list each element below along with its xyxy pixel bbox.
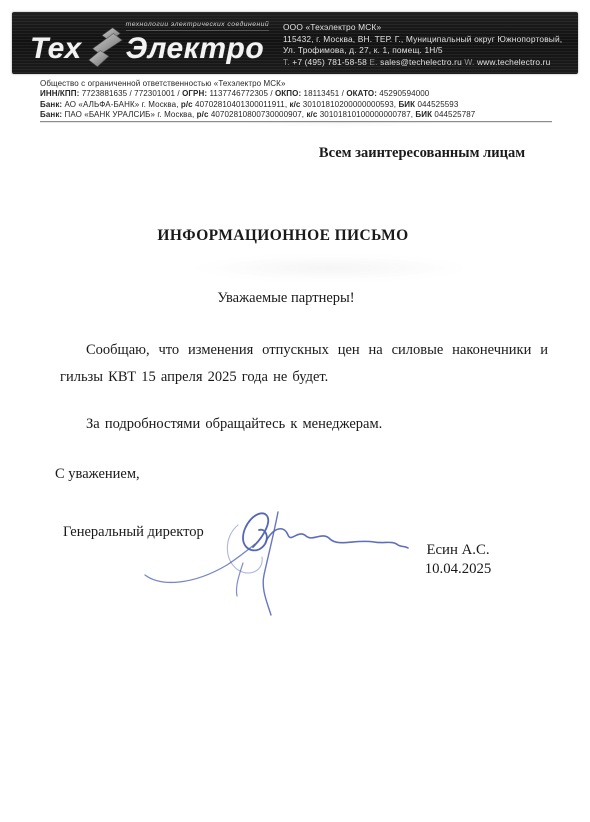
scan-artifact <box>190 255 470 281</box>
signature-strokes <box>145 512 408 615</box>
scan-artifact <box>240 118 440 128</box>
logo-tagline: технологии электрических соединений <box>126 21 269 31</box>
letter-title: ИНФОРМАЦИОННОЕ ПИСЬМО <box>0 227 566 245</box>
requisites-company-fullname: Общество с ограниченной ответственностью… <box>40 79 556 89</box>
signature-flourish <box>227 525 262 573</box>
salutation-line: Уважаемые партнеры! <box>0 290 572 307</box>
body-paragraph-2: За подробностями обращайтесь к менеджера… <box>60 411 548 438</box>
logo-word-tech: Тех <box>30 34 82 64</box>
closing-line: С уважением, <box>55 466 140 483</box>
requisites-block: Общество с ограниченной ответственностью… <box>40 79 556 121</box>
body-paragraph-1: Сообщаю, что изменения отпускных цен на … <box>60 337 548 391</box>
signature-loop <box>243 513 268 550</box>
company-address-line2: Ул. Трофимова, д. 27, к. 1, помещ. 1Н/5 <box>283 45 571 57</box>
signature-tail <box>236 563 243 596</box>
signature-humps <box>266 529 408 548</box>
letterhead-banner: Тех технологии электрических соединений … <box>12 12 578 74</box>
signer-name-block: Есин А.С. 10.04.2025 <box>405 541 511 578</box>
diamond-stack-logo-icon <box>86 23 124 71</box>
header-contact-block: ООО «Техэлектро МСК» 115432, г. Москва, … <box>283 22 571 69</box>
requisites-bank1-line: Банк: АО «АЛЬФА-БАНК» г. Москва, р/с 407… <box>40 100 556 110</box>
company-name: ООО «Техэлектро МСК» <box>283 22 571 34</box>
signer-name: Есин А.С. <box>405 541 511 560</box>
logo-word-electro: Электро <box>126 34 269 64</box>
signature-scribble <box>135 505 425 620</box>
addressee-line: Всем заинтересованным лицам <box>302 145 542 162</box>
company-logo: Тех технологии электрических соединений … <box>30 21 269 64</box>
requisites-inn-ogrn-line: ИНН/КПП: 7723881635 / 772301001 / ОГРН: … <box>40 89 556 99</box>
company-address-line1: 115432, г. Москва, ВН. ТЕР. Г., Муниципа… <box>283 34 571 46</box>
company-phone-email-web: Т. +7 (495) 781-58-58 Е. sales@techelect… <box>283 57 571 69</box>
logo-right-column: технологии электрических соединений Элек… <box>126 21 269 64</box>
letter-date: 10.04.2025 <box>405 560 511 579</box>
signature-vertical <box>263 512 278 615</box>
